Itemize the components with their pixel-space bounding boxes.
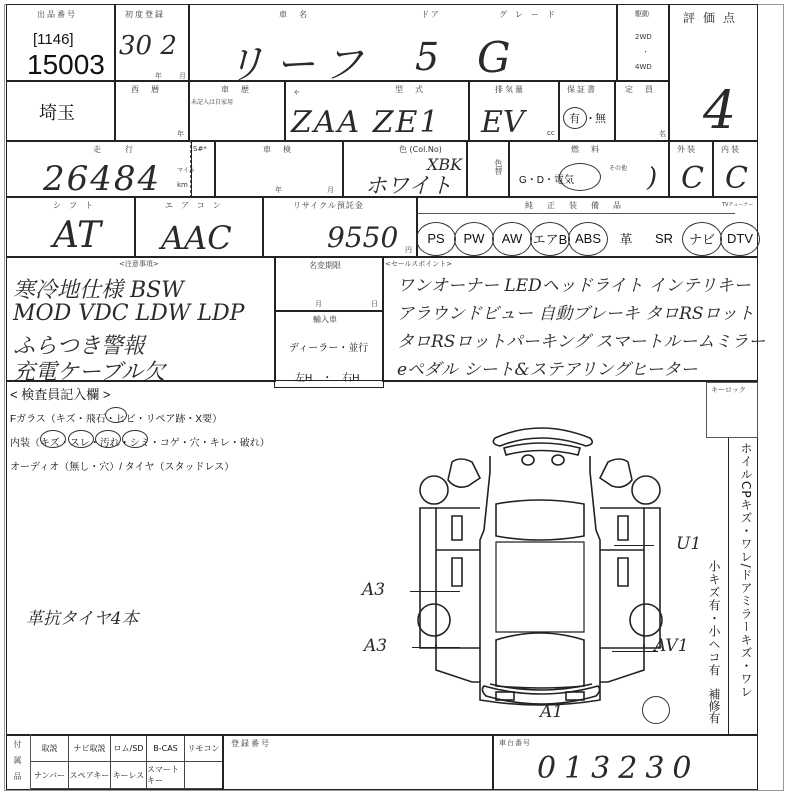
fuel-selected-circle xyxy=(559,163,601,191)
shift-value: AT xyxy=(53,215,101,256)
fuel-label: 燃 料 xyxy=(571,144,601,155)
sales-label: <セールスポイント> xyxy=(385,259,452,269)
displacement-cell: 排気量 EV cc xyxy=(468,80,560,142)
history-label: 車 歴 xyxy=(221,84,251,95)
aircon-label: エアコン xyxy=(165,200,229,211)
name-change-month: 月 xyxy=(315,299,322,309)
equip-airbag: エアB xyxy=(532,220,568,256)
warranty-no: 無 xyxy=(595,110,606,126)
sales-line-3: タロRSロットパーキング スマートルームミラー xyxy=(397,327,765,352)
blank-circle-marker xyxy=(642,696,670,724)
recycle-label: リサイクル預託金 xyxy=(293,200,364,211)
fuel-other-paren: ) xyxy=(647,163,657,193)
drive-4wd: 4WD xyxy=(635,63,652,71)
equip-sunroof: SR xyxy=(646,220,682,256)
equip-abs: ABS xyxy=(570,220,606,256)
side-note-divider xyxy=(728,438,729,736)
fuel-cell: 燃 料 G・D・電気 その他 ) xyxy=(508,140,670,198)
caution-label: <注意事項> xyxy=(119,259,159,269)
import-dealer: ディーラー・並行 xyxy=(289,339,368,354)
exterior-value: C xyxy=(681,161,704,196)
name-change-label: 名変期限 xyxy=(309,260,341,271)
side-note-2: 小キズ有・小ヘコ有 xyxy=(706,560,723,677)
interior-value: C xyxy=(725,161,748,196)
door-value: 5 xyxy=(415,35,439,79)
drive-2wd: 2WD xyxy=(635,33,652,41)
aircon-value: AAC xyxy=(161,219,232,257)
mileage-label: 走 行 xyxy=(93,144,141,155)
s-cell: S#* xyxy=(190,140,216,198)
equip-navi: ナビ xyxy=(684,220,720,256)
first-reg-value: 30 2 xyxy=(119,31,177,61)
sales-point-cell: <セールスポイント> ワンオーナー LEDヘッドライト インテリキー アラウンド… xyxy=(382,256,758,382)
color-change-cell: 色替 xyxy=(466,140,510,198)
equip-leather: 革 xyxy=(608,220,644,256)
inspection-cell: 車 検 年 月 xyxy=(214,140,344,198)
name-change-day: 日 xyxy=(371,299,378,309)
color-label: 色 (Col.No) xyxy=(399,144,442,155)
registration-label: 登録番号 xyxy=(231,738,271,749)
interior-circle-4 xyxy=(122,430,148,448)
damage-leader-u1 xyxy=(614,545,654,546)
equip-dtv: DTV xyxy=(722,220,758,256)
recycle-cell: リサイクル預託金 9550 円 xyxy=(262,196,418,258)
shift-cell: シフト AT xyxy=(6,196,136,258)
exterior-cell: 外装 C xyxy=(668,140,714,198)
caution-cell: <注意事項> 寒冷地仕様 BSW MOD VDC LDW LDP ふらつき警報 … xyxy=(6,256,276,382)
displacement-unit: cc xyxy=(547,129,555,137)
side-note-3: 補修有 xyxy=(706,688,723,724)
lot-number: 15003 xyxy=(27,49,105,81)
damage-leader-a3-door xyxy=(410,591,460,592)
interior-cell: 内装 C xyxy=(712,140,758,198)
keylock-box: キーロック xyxy=(706,382,758,438)
first-registration-cell: 初度登録 30 2 年 月 xyxy=(114,4,190,82)
model-prefix-label: ゃ xyxy=(293,87,300,97)
car-name-label: 車 名 xyxy=(279,9,309,20)
damage-mark-av1: AV1 xyxy=(654,636,689,656)
car-diagram-icon xyxy=(400,400,680,710)
grade-label: グレード xyxy=(499,9,563,20)
handwritten-tire-note: 革抗タイヤ4本 xyxy=(26,604,138,629)
s-label: S#* xyxy=(193,145,207,153)
mileage-cell: 走 行 26484 マイル km xyxy=(6,140,192,198)
color-cell: 色 (Col.No) XBK ホワイト xyxy=(342,140,468,198)
aircon-cell: エアコン AAC xyxy=(134,196,264,258)
acc-rom-sd: ロム/SD xyxy=(111,736,147,762)
interior-circle-3 xyxy=(95,430,121,448)
windshield-chip-circle xyxy=(105,407,127,423)
history-cell: 車 歴 未記入は自家用 xyxy=(188,80,286,142)
chassis-box: 車台番号 013230 xyxy=(492,734,758,790)
model-value: ZAA ZE1 xyxy=(291,105,441,140)
recycle-unit: 円 xyxy=(405,245,412,255)
keylock-label: キーロック xyxy=(711,385,746,395)
score-cell: 評価点 4 xyxy=(668,4,758,142)
fuel-other-label: その他 xyxy=(609,163,627,172)
mileage-unit-km: km xyxy=(177,181,188,189)
model-cell: ゃ 型 式 ZAA ZE1 xyxy=(284,80,470,142)
acc-spare-key: スペアキー xyxy=(69,762,111,789)
tuner-label: TVチューナー xyxy=(722,201,753,208)
warranty-cell: 保証書 有 ・ 無 xyxy=(558,80,616,142)
equip-ps: PS xyxy=(418,220,454,256)
model-label: 型 式 xyxy=(395,84,425,95)
score-value: 4 xyxy=(703,81,736,141)
region-value: 埼玉 xyxy=(39,99,75,125)
first-reg-label: 初度登録 xyxy=(125,9,165,20)
score-label: 評価点 xyxy=(683,9,743,26)
audio-tire-line: オーディオ（無し・穴）/ タイヤ（スタッドレス） xyxy=(10,458,234,473)
shift-label: シフト xyxy=(53,200,101,211)
damage-mark-a3-fender: A3 xyxy=(364,636,387,656)
caution-line-1: 寒冷地仕様 BSW xyxy=(13,273,184,304)
lot-label: 出品番号 xyxy=(37,9,77,20)
car-name-cell: 車 名 リーフ ドア 5 グレード G xyxy=(188,4,618,82)
registration-box: 登録番号 xyxy=(222,734,494,790)
grade-value: G xyxy=(477,33,511,82)
capacity-label: 定 員 xyxy=(625,84,655,95)
inspection-label: 車 検 xyxy=(263,144,293,155)
warranty-label: 保証書 xyxy=(567,84,597,95)
damage-leader-av1 xyxy=(612,651,658,652)
inspection-year: 年 xyxy=(275,185,282,195)
acc-blank xyxy=(185,762,223,789)
side-note: ホイルCPキズ・ワレ/ドアミラーキズ・ワレ xyxy=(738,442,755,699)
import-car-cell: 輸入車 ディーラー・並行 左H ・ 右H xyxy=(274,310,384,388)
import-year-suffix: 年 xyxy=(177,129,184,139)
acc-number-plate: ナンバー xyxy=(31,762,69,789)
interior-circle-1 xyxy=(40,430,66,448)
region-cell: 埼玉 xyxy=(6,80,116,142)
interior-label: 内装 xyxy=(721,144,741,155)
door-label: ドア xyxy=(421,9,441,20)
capacity-cell: 定 員 名 xyxy=(614,80,670,142)
damage-mark-a3-door: A3 xyxy=(362,580,385,600)
sales-line-4: eペダル シート&ステアリングヒーター xyxy=(397,355,698,380)
lot-sub: [1146] xyxy=(33,31,74,48)
damage-leader-a3-fender xyxy=(412,647,460,648)
color-change-label: 色替 xyxy=(493,159,504,175)
drive-sep: ・ xyxy=(642,47,649,57)
import-car-label: 輸入車 xyxy=(313,314,337,325)
import-year-cell: 西 暦 年 xyxy=(114,80,190,142)
sales-line-2: アラウンドビュー 自動ブレーキ タロRSロット xyxy=(397,299,754,324)
chassis-label: 車台番号 xyxy=(499,738,531,748)
warranty-yes: 有 xyxy=(569,110,580,126)
equip-pw: PW xyxy=(456,220,492,256)
inspection-month: 月 xyxy=(327,185,334,195)
acc-keyless: キーレス xyxy=(111,762,147,789)
acc-bcas: B-CAS xyxy=(147,736,185,762)
drive-cell: 駆動 2WD ・ 4WD xyxy=(616,4,670,82)
displacement-label: 排気量 xyxy=(495,84,525,95)
acc-remote: リモコン xyxy=(185,736,223,762)
recycle-value: 9550 xyxy=(327,221,398,254)
acc-navi-manual: ナビ取説 xyxy=(69,736,111,762)
caution-line-2: MOD VDC LDW LDP xyxy=(13,301,244,326)
interior-circle-2 xyxy=(68,430,94,448)
drive-label: 駆動 xyxy=(635,9,649,19)
history-note: 未記入は自家用 xyxy=(191,97,233,106)
equipment-divider xyxy=(417,213,735,214)
damage-mark-u1: U1 xyxy=(676,534,701,554)
lot-number-cell: 出品番号 [1146] 15003 xyxy=(6,4,116,82)
exterior-label: 外装 xyxy=(677,144,697,155)
import-label: 西 暦 xyxy=(131,84,161,95)
damage-mark-a1: A1 xyxy=(540,702,563,722)
name-change-cell: 名変期限 月 日 xyxy=(274,256,384,312)
acc-smart-key: スマートキー xyxy=(147,762,185,789)
acc-manual: 取説 xyxy=(31,736,69,762)
displacement-value: EV xyxy=(481,105,525,140)
equip-aw: AW xyxy=(494,220,530,256)
equipment-label: 純正装備品 xyxy=(525,200,635,211)
mileage-value: 26484 xyxy=(43,159,161,199)
chassis-value: 013230 xyxy=(537,751,700,786)
capacity-unit: 名 xyxy=(659,129,666,139)
inspector-title: < 検査員記入欄 > xyxy=(10,384,110,403)
sales-line-1: ワンオーナー LEDヘッドライト インテリキー xyxy=(397,271,751,296)
accessories-label: 付属品 xyxy=(12,740,23,788)
